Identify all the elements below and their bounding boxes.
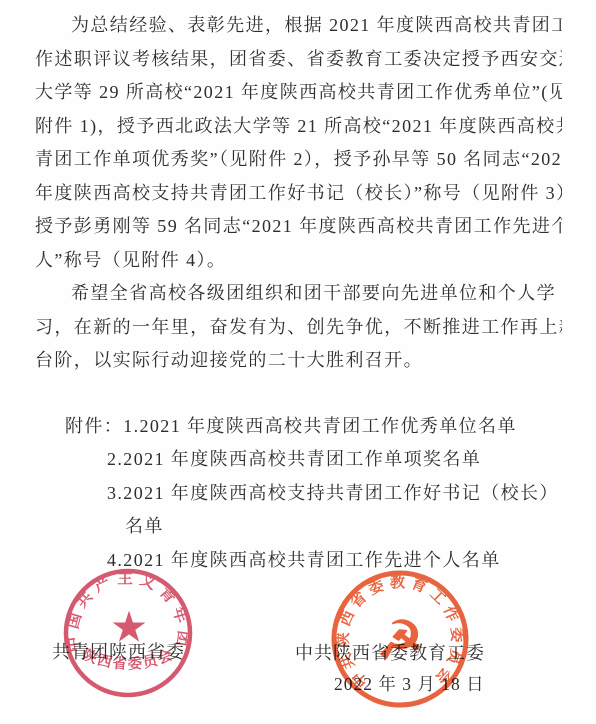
right-signature-name: 中共陕西省委教育工委: [295, 639, 485, 665]
attachment-item-3: 3.2021 年度陕西高校支持共青团工作好书记（校长）: [35, 477, 562, 511]
seal-ring: [66, 571, 190, 695]
body-line: 年度陕西高校支持共青团工作好书记（校长）”称号（见附件 3），: [35, 177, 562, 211]
body-line: 希望全省高校各级团组织和团干部要向先进单位和个人学: [35, 277, 562, 311]
left-signature-name: 共青团陕西省委: [52, 638, 185, 664]
body-line: 青团工作单项优秀奖”（见附件 2），授予孙早等 50 名同志“2021: [35, 143, 562, 177]
attachment-item-3-cont: 名单: [35, 510, 562, 544]
attachment-item-4: 4.2021 年度陕西高校共青团工作先进个人名单: [35, 544, 562, 578]
body-line: 作述职评议考核结果，团省委、省委教育工委决定授予西安交通: [35, 43, 562, 77]
body-line: 人”称号（见附件 4）。: [35, 244, 562, 278]
attachment-item-1: 附件：1.2021 年度陕西高校共青团工作优秀单位名单: [35, 410, 562, 444]
body-line: 附件 1)，授予西北政法大学等 21 所高校“2021 年度陕西高校共: [35, 110, 562, 144]
attachments-list: 附件：1.2021 年度陕西高校共青团工作优秀单位名单 2.2021 年度陕西高…: [35, 410, 562, 578]
signature-date: 2022 年 3 月 18 日: [334, 671, 485, 696]
body-line: 大学等 29 所高校“2021 年度陕西高校共青团工作优秀单位”(见: [35, 76, 562, 110]
body-line: 习，在新的一年里，奋发有为、创先争优，不断推进工作再上新: [35, 311, 562, 345]
body-line: 授予彭勇刚等 59 名同志“2021 年度陕西高校共青团工作先进个: [35, 210, 562, 244]
official-document-page: 为总结经验、表彰先进，根据 2021 年度陕西高校共青团工 作述职评议考核结果，…: [0, 0, 596, 724]
body-line: 为总结经验、表彰先进，根据 2021 年度陕西高校共青团工: [35, 9, 562, 43]
document-body: 为总结经验、表彰先进，根据 2021 年度陕西高校共青团工 作述职评议考核结果，…: [35, 9, 562, 577]
attachment-item-2: 2.2021 年度陕西高校共青团工作单项奖名单: [35, 443, 562, 477]
youth-league-seal: 中国共产主义青年团 ★ 陕西省委员会: [58, 563, 198, 703]
body-line: 台阶，以实际行动迎接党的二十大胜利召开。: [35, 344, 562, 378]
